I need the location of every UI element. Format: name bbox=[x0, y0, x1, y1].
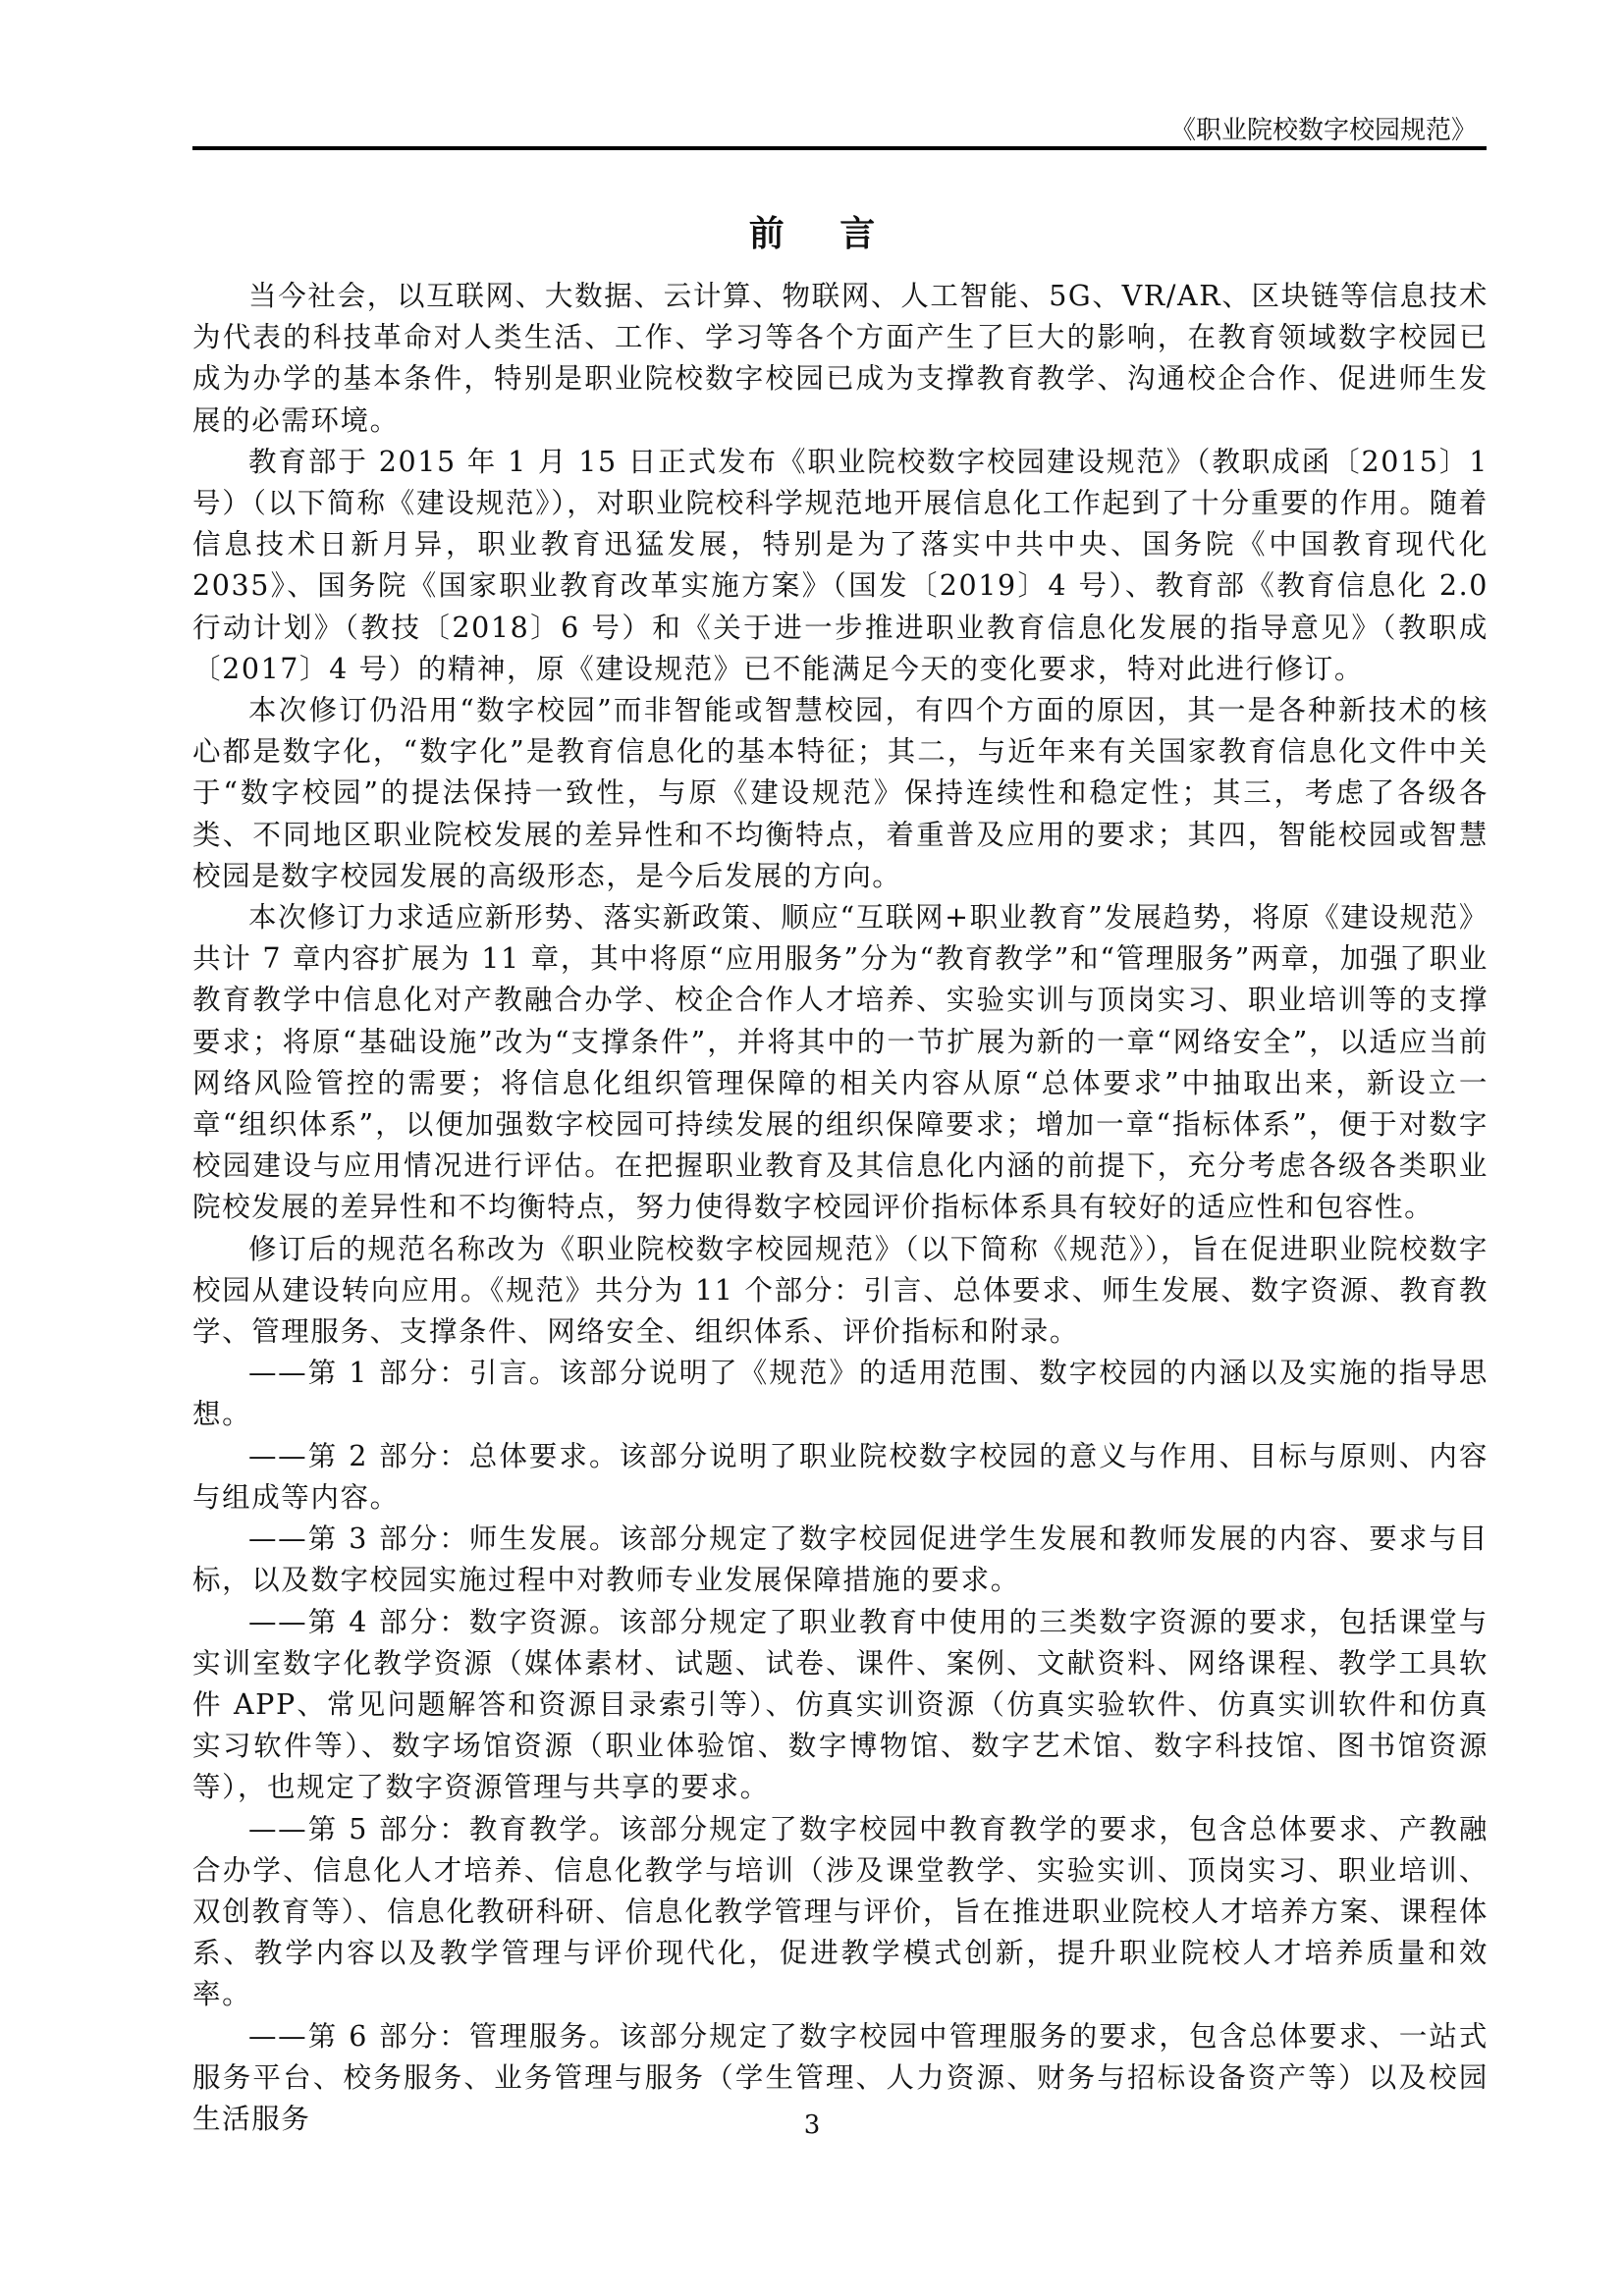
part-description-4: ——第 4 部分：数字资源。该部分规定了职业教育中使用的三类数字资源的要求，包括… bbox=[192, 1602, 1489, 1809]
part-description-5: ——第 5 部分：教育教学。该部分规定了数字校园中教育教学的要求，包含总体要求、… bbox=[192, 1809, 1489, 2016]
part-description-1: ——第 1 部分：引言。该部分说明了《规范》的适用范围、数字校园的内涵以及实施的… bbox=[192, 1353, 1489, 1435]
paragraph: 本次修订力求适应新形势、落实新政策、顺应“互联网+职业教育”发展趋势，将原《建设… bbox=[192, 897, 1489, 1229]
part-description-3: ——第 3 部分：师生发展。该部分规定了数字校园促进学生发展和教师发展的内容、要… bbox=[192, 1519, 1489, 1601]
page-number: 3 bbox=[0, 2110, 1624, 2140]
paragraph: 当今社会，以互联网、大数据、云计算、物联网、人工智能、5G、VR/AR、区块链等… bbox=[192, 276, 1489, 442]
paragraph: 修订后的规范名称改为《职业院校数字校园规范》（以下简称《规范》），旨在促进职业院… bbox=[192, 1229, 1489, 1354]
running-header-title: 《职业院校数字校园规范》 bbox=[1170, 110, 1477, 146]
paragraph: 教育部于 2015 年 1 月 15 日正式发布《职业院校数字校园建设规范》（教… bbox=[192, 442, 1489, 690]
header-rule bbox=[192, 146, 1487, 150]
part-description-2: ——第 2 部分：总体要求。该部分说明了职业院校数字校园的意义与作用、目标与原则… bbox=[192, 1436, 1489, 1519]
document-body: 当今社会，以互联网、大数据、云计算、物联网、人工智能、5G、VR/AR、区块链等… bbox=[192, 276, 1489, 2140]
page-title: 前 言 bbox=[0, 206, 1624, 256]
paragraph: 本次修订仍沿用“数字校园”而非智能或智慧校园，有四个方面的原因，其一是各种新技术… bbox=[192, 690, 1489, 897]
